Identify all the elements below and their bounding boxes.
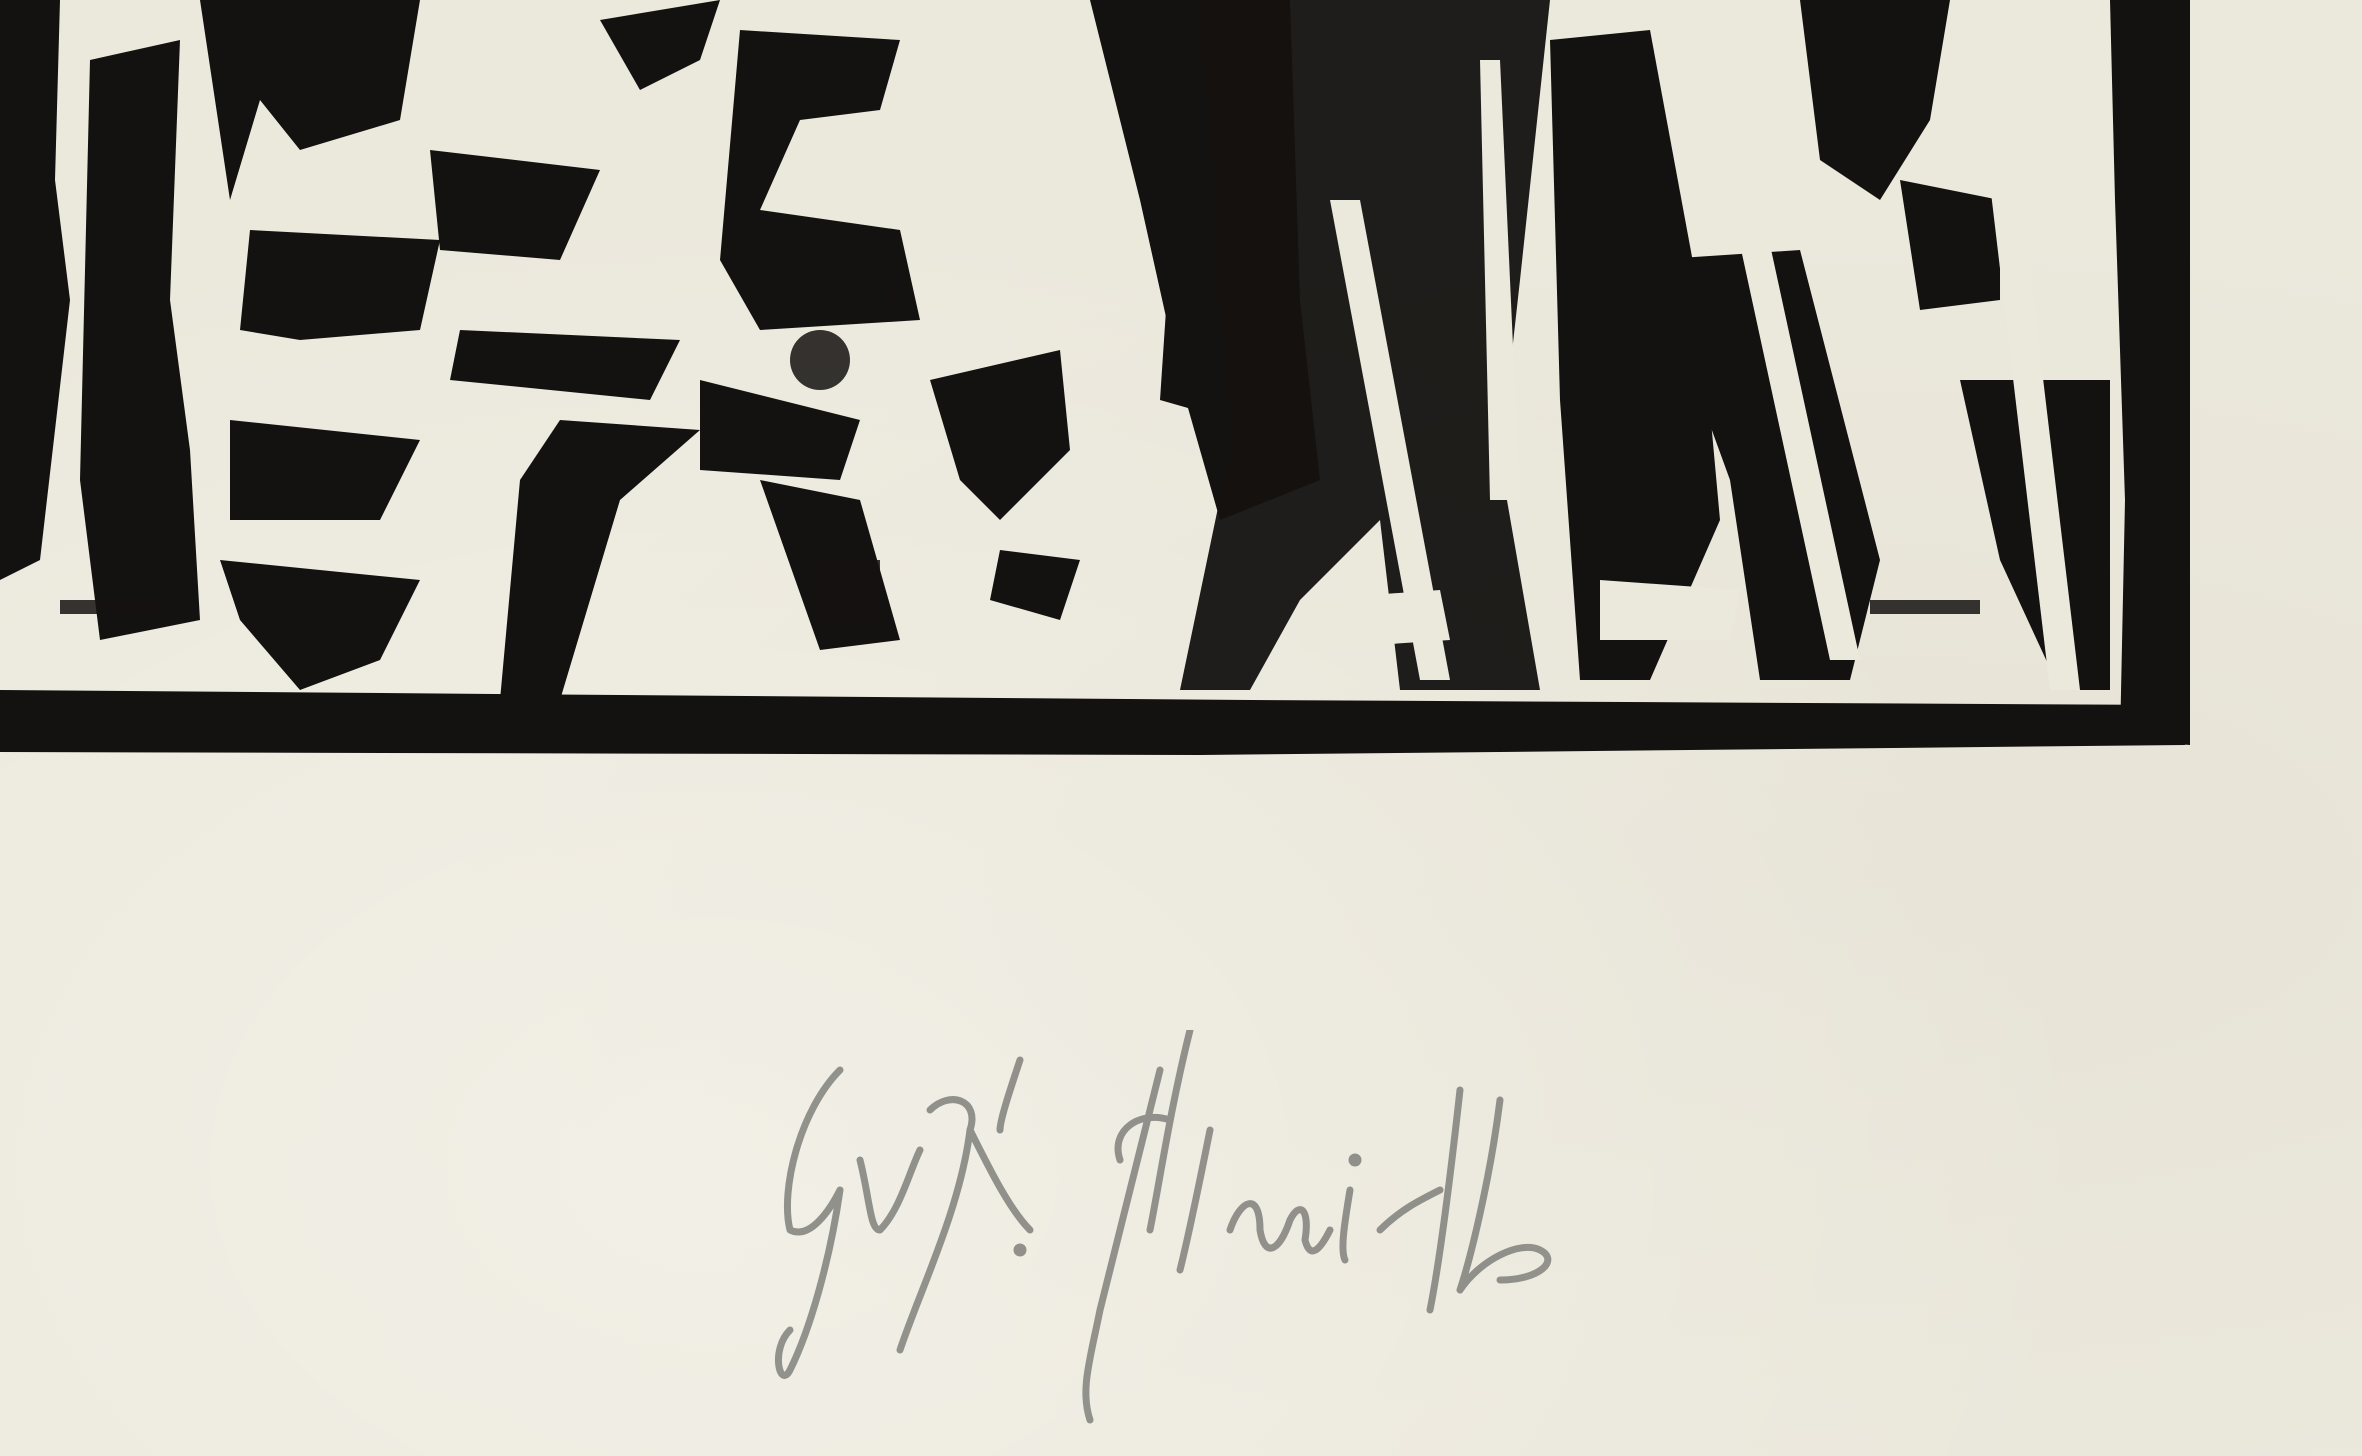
woodcut-image [0,0,2200,760]
pencil-signature: Gust. Schmidt [760,1030,2160,1430]
woodcut-print [0,0,2200,760]
signature-strokes [760,1030,2160,1430]
